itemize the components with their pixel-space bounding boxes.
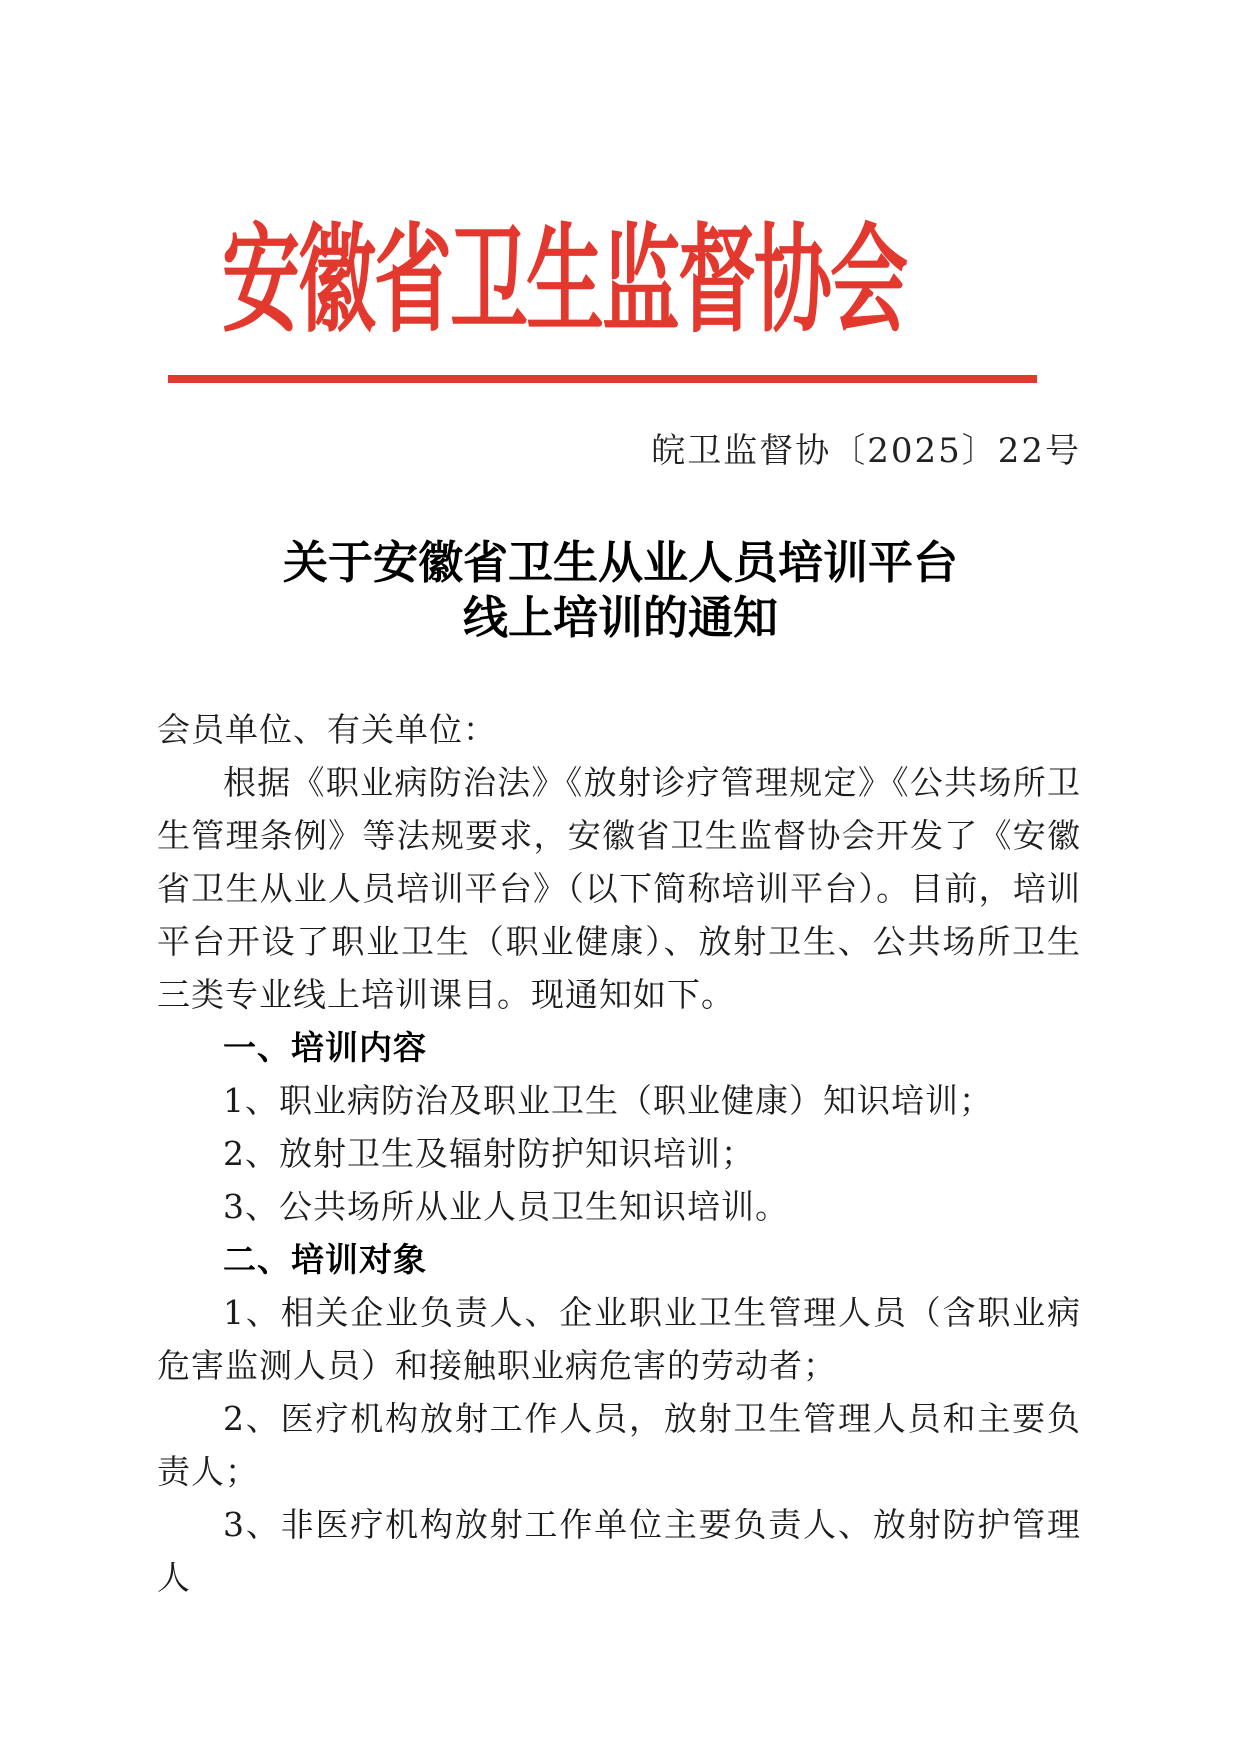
section-2-heading: 二、培训对象 bbox=[157, 1233, 1081, 1286]
salutation: 会员单位、有关单位： bbox=[157, 703, 1081, 756]
section-1-heading: 一、培训内容 bbox=[157, 1021, 1081, 1074]
document-title: 关于安徽省卫生从业人员培训平台 线上培训的通知 bbox=[0, 535, 1241, 645]
section-1-item: 3、公共场所从业人员卫生知识培训。 bbox=[157, 1180, 1081, 1233]
section-2-item: 3、非医疗机构放射工作单位主要负责人、放射防护管理人 bbox=[157, 1498, 1081, 1604]
org-header-text: 安徽省卫生监督协会 bbox=[222, 187, 906, 355]
section-1-item: 2、放射卫生及辐射防护知识培训； bbox=[157, 1127, 1081, 1180]
document-title-line-1: 关于安徽省卫生从业人员培训平台 bbox=[283, 536, 958, 589]
red-divider-line bbox=[168, 375, 1037, 383]
section-1-item: 1、职业病防治及职业卫生（职业健康）知识培训； bbox=[157, 1074, 1081, 1127]
document-title-line-2: 线上培训的通知 bbox=[463, 591, 778, 644]
document-body: 会员单位、有关单位： 根据《职业病防治法》《放射诊疗管理规定》《公共场所卫生管理… bbox=[0, 703, 1241, 1604]
doc-number: 皖卫监督协〔2025〕22号 bbox=[0, 431, 1241, 471]
org-header-title: 安徽省卫生监督协会 bbox=[222, 208, 1241, 333]
document-page: 安徽省卫生监督协会 皖卫监督协〔2025〕22号 关于安徽省卫生从业人员培训平台… bbox=[0, 0, 1241, 1754]
section-2-item: 1、相关企业负责人、企业职业卫生管理人员（含职业病危害监测人员）和接触职业病危害… bbox=[157, 1286, 1081, 1392]
section-2-item: 2、医疗机构放射工作人员，放射卫生管理人员和主要负责人； bbox=[157, 1392, 1081, 1498]
intro-paragraph: 根据《职业病防治法》《放射诊疗管理规定》《公共场所卫生管理条例》等法规要求，安徽… bbox=[157, 756, 1081, 1021]
